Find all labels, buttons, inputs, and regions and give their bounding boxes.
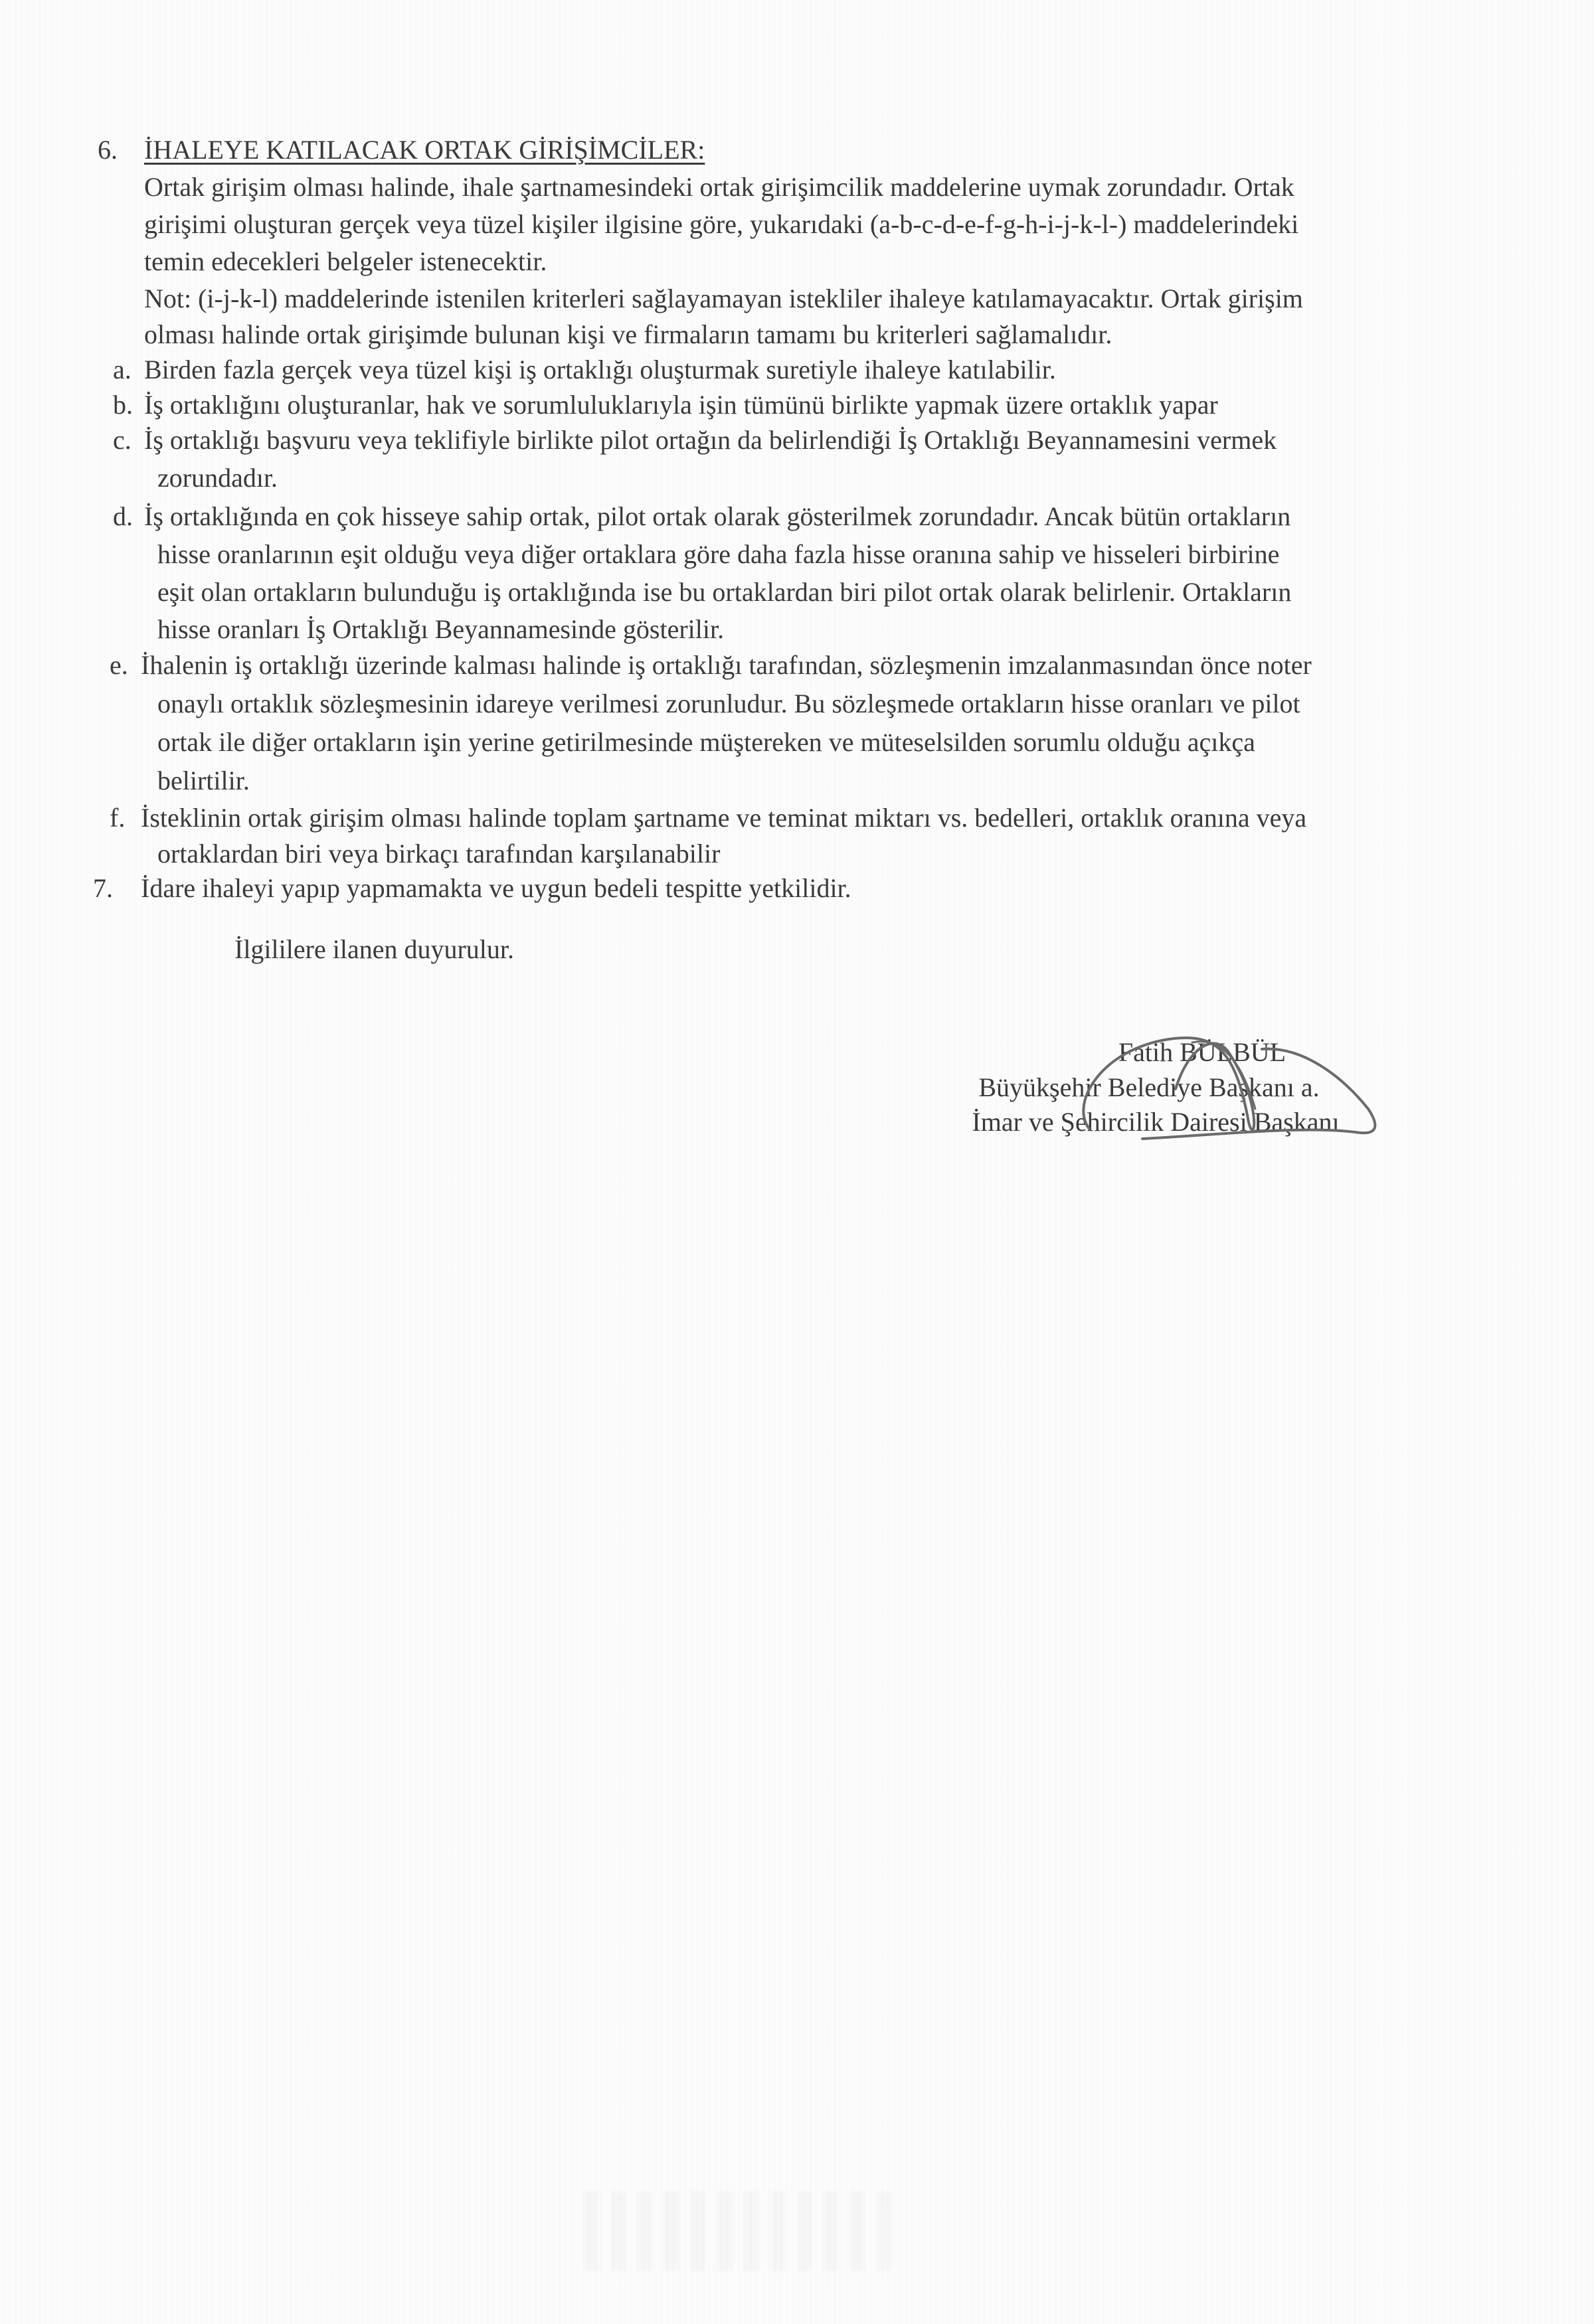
handwritten-signature-icon [1063, 1023, 1408, 1149]
closing-statement: İlgililere ilanen duyurulur. [234, 936, 514, 963]
section-6-heading: İHALEYE KATILACAK ORTAK GİRİŞİMCİLER: [144, 137, 835, 163]
item-f-marker: f. [110, 805, 125, 831]
item-b-line: İş ortaklığını oluşturanlar, hak ve soru… [144, 392, 1218, 418]
item-a-line: Birden fazla gerçek veya tüzel kişi iş o… [144, 357, 1056, 383]
section-6-intro-line: Ortak girişim olması halinde, ihale şart… [144, 174, 1492, 201]
item-e-line: ortak ile diğer ortakların işin yerine g… [157, 729, 1255, 756]
item-c-marker: c. [113, 427, 132, 454]
text-line: Ortak girişim olması halinde, ihale şart… [144, 174, 1294, 201]
item-e-marker: e. [110, 652, 128, 679]
section-6-note-line: olması halinde ortak girişimde bulunan k… [144, 321, 1112, 348]
section-6-number: 6. [98, 137, 118, 163]
section-6-note-line: Not: (i-j-k-l) maddelerinde istenilen kr… [144, 286, 1303, 312]
section-7-number: 7. [93, 875, 113, 902]
item-d-marker: d. [113, 503, 133, 530]
item-d-line: hisse oranları İş Ortaklığı Beyannamesin… [157, 616, 724, 643]
section-7-text: İdare ihaleyi yapıp yapmamakta ve uygun … [141, 875, 851, 902]
item-e-line: onaylı ortaklık sözleşmesinin idareye ve… [157, 691, 1300, 717]
item-c-line: İş ortaklığı başvuru veya teklifiyle bir… [144, 427, 1277, 454]
item-f-line: İsteklinin ortak girişim olması halinde … [141, 805, 1306, 831]
item-e-line: İhalenin iş ortaklığı üzerinde kalması h… [141, 652, 1312, 679]
item-d-line: İş ortaklığında en çok hisseye sahip ort… [144, 503, 1290, 530]
item-a-marker: a. [113, 357, 132, 383]
item-f-line: ortaklardan biri veya birkaçı tarafından… [157, 841, 720, 867]
section-6-intro-line: temin edecekleri belgeler istenecektir. [144, 248, 547, 275]
scan-show-through [584, 2191, 903, 2271]
item-d-line: hisse oranlarının eşit olduğu veya diğer… [157, 541, 1279, 568]
item-b-marker: b. [113, 392, 133, 418]
item-e-line: belirtilir. [157, 768, 250, 794]
section-6-intro-line: girişimi oluşturan gerçek veya tüzel kiş… [144, 211, 1298, 238]
item-c-line: zorundadır. [157, 465, 278, 491]
item-d-line: eşit olan ortakların bulunduğu iş ortakl… [157, 579, 1291, 606]
